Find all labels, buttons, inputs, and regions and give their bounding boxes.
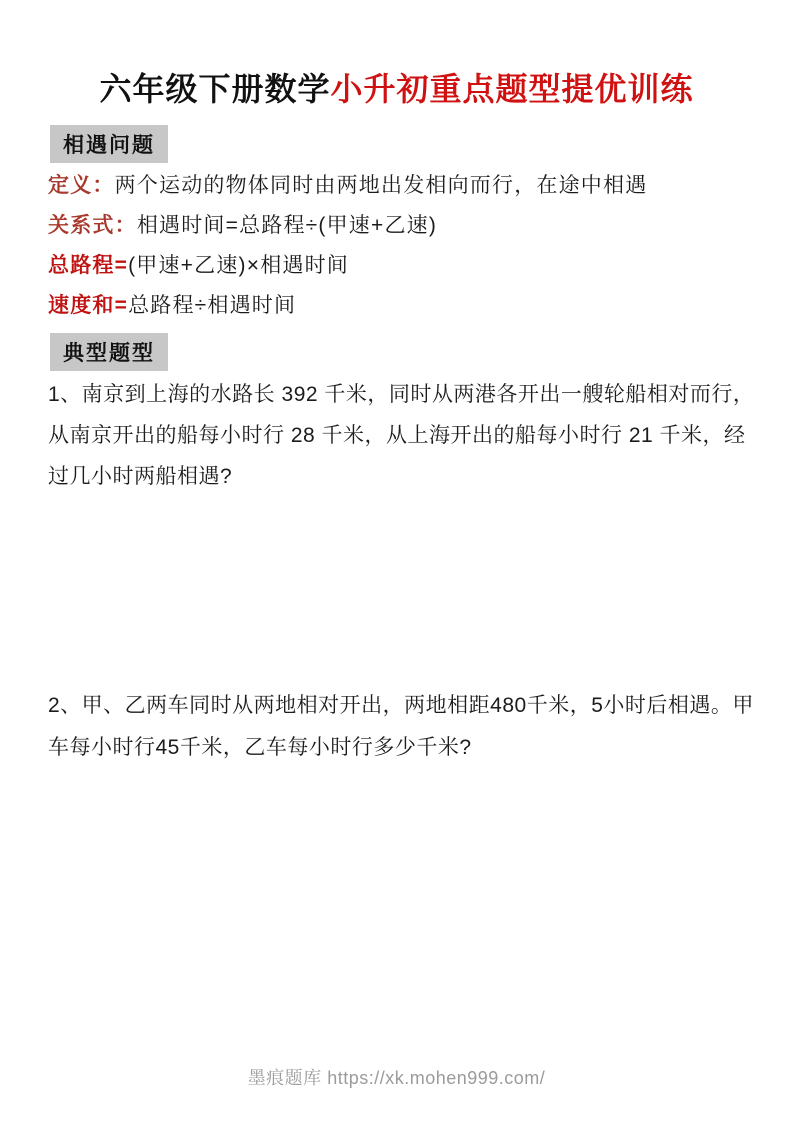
page-title-black: 六年级下册数学 bbox=[99, 71, 330, 107]
problem-1: 1、南京到上海的水路长 392 千米，同时从两港各开出一艘轮船相对而行， 从南京… bbox=[48, 372, 754, 495]
problem-1-line-1: 1、南京到上海的水路长 392 千米，同时从两港各开出一艘轮船相对而行， bbox=[48, 372, 754, 413]
problem-2-line-2: 车每小时行45千米，乙车每小时行多少千米? bbox=[48, 725, 754, 767]
formula-list: 定义：两个运动的物体同时由两地出发相向而行，在途中相遇 关系式：相遇时间=总路程… bbox=[48, 164, 647, 324]
formula-text-total-distance: (甲速+乙速)×相遇时间 bbox=[128, 249, 349, 279]
formula-label-speed-sum: 速度和= bbox=[48, 289, 128, 319]
formula-line-definition: 定义：两个运动的物体同时由两地出发相向而行，在途中相遇 bbox=[48, 164, 647, 204]
problem-2-line-1: 2、甲、乙两车同时从两地相对开出，两地相距480千米，5小时后相遇。甲 bbox=[48, 683, 754, 725]
section-badge-typical-problems: 典型题型 bbox=[50, 333, 168, 371]
formula-label-definition: 定义： bbox=[48, 169, 115, 199]
formula-line-total-distance: 总路程=(甲速+乙速)×相遇时间 bbox=[48, 244, 647, 284]
worksheet-page: 六年级下册数学小升初重点题型提优训练 相遇问题 定义：两个运动的物体同时由两地出… bbox=[0, 0, 793, 1122]
formula-label-total-distance: 总路程= bbox=[48, 249, 128, 279]
problem-1-line-2: 从南京开出的船每小时行 28 千米，从上海开出的船每小时行 21 千米，经 bbox=[48, 413, 754, 454]
page-title-red: 小升初重点题型提优训练 bbox=[331, 71, 694, 107]
formula-line-relation: 关系式：相遇时间=总路程÷(甲速+乙速) bbox=[48, 204, 647, 244]
formula-text-relation: 相遇时间=总路程÷(甲速+乙速) bbox=[137, 209, 437, 239]
footer-watermark: 墨痕题库 https://xk.mohen999.com/ bbox=[0, 1062, 793, 1092]
formula-text-speed-sum: 总路程÷相遇时间 bbox=[128, 289, 296, 319]
problem-2: 2、甲、乙两车同时从两地相对开出，两地相距480千米，5小时后相遇。甲 车每小时… bbox=[48, 683, 754, 767]
formula-line-speed-sum: 速度和=总路程÷相遇时间 bbox=[48, 284, 647, 324]
formula-label-relation: 关系式： bbox=[48, 209, 137, 239]
problem-1-line-3: 过几小时两船相遇? bbox=[48, 454, 754, 495]
page-title: 六年级下册数学小升初重点题型提优训练 bbox=[0, 64, 793, 110]
section-badge-meeting-problem: 相遇问题 bbox=[50, 125, 168, 163]
formula-text-definition: 两个运动的物体同时由两地出发相向而行，在途中相遇 bbox=[115, 169, 648, 199]
